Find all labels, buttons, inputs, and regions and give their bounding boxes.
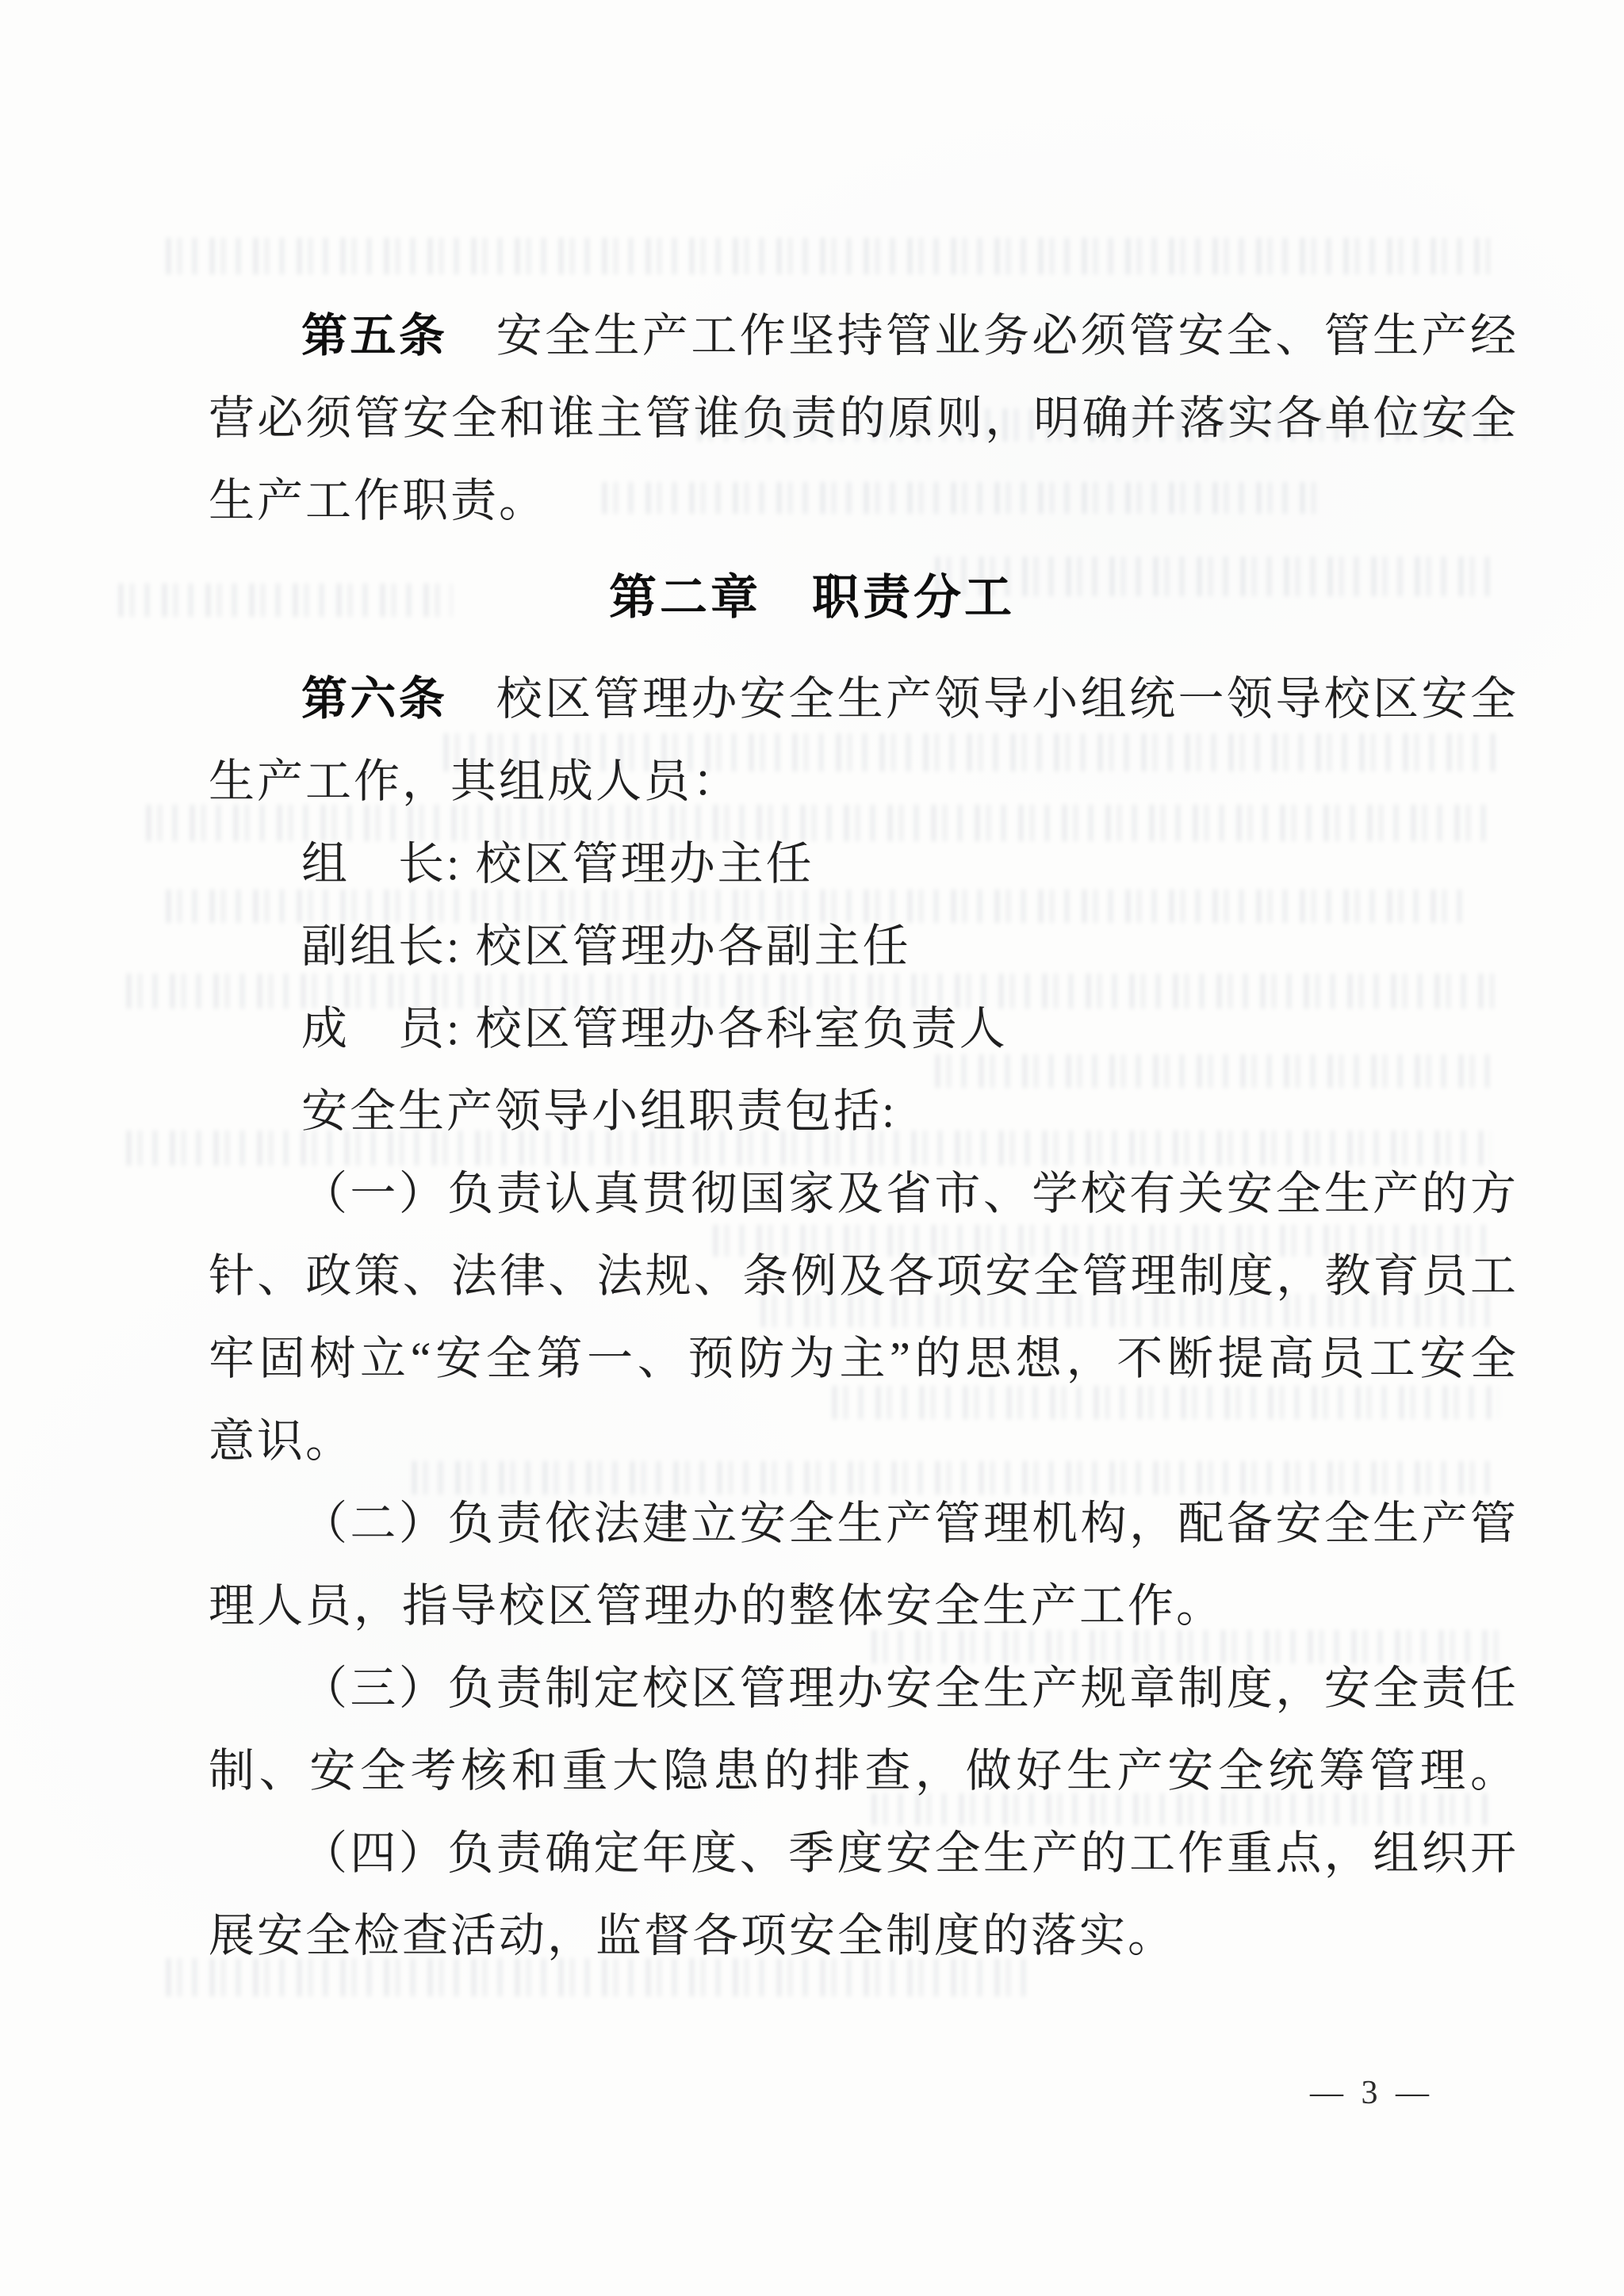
duty-1-line-3: 牢固树立“安全第一、预防为主”的思想，不断提高员工安全 (209, 1318, 1519, 1400)
article-5-term: 第五条 (301, 310, 447, 362)
duty-2-line-1: （二）负责依法建立安全生产管理机构，配备安全生产管 (209, 1483, 1519, 1565)
article-6-term: 第六条 (301, 673, 447, 725)
duty-1-line-4: 意识。 (209, 1400, 1519, 1483)
article-5-line-1: 第五条 安全生产工作坚持管业务必须管安全、管生产经 (209, 295, 1519, 377)
duty-3-line-2: 制、安全考核和重大隐患的排查，做好生产安全统筹管理。 (209, 1730, 1519, 1812)
article-5-text-1: 安全生产工作坚持管业务必须管安全、管生产经 (447, 310, 1519, 362)
duty-1-line-2: 针、政策、法律、法规、条例及各项安全管理制度，教育员工 (209, 1235, 1519, 1318)
article-6-line-2: 生产工作，其组成人员： (209, 740, 1519, 823)
duty-4-line-2: 展安全检查活动，监督各项安全制度的落实。 (209, 1895, 1519, 1977)
duty-2-line-2: 理人员，指导校区管理办的整体安全生产工作。 (209, 1565, 1519, 1647)
duty-4-line-1: （四）负责确定年度、季度安全生产的工作重点，组织开 (209, 1812, 1519, 1895)
roster-members: 成 员: 校区管理办各科室负责人 (209, 988, 1519, 1070)
document-body: 第五条 安全生产工作坚持管业务必须管安全、管生产经 营必须管安全和谁主管谁负责的… (0, 0, 1519, 1977)
chapter-2-heading: 第二章 职责分工 (0, 557, 1624, 639)
scanned-document-page: 第五条 安全生产工作坚持管业务必须管安全、管生产经 营必须管安全和谁主管谁负责的… (0, 0, 1624, 2296)
page-number: — 3 — (1310, 2074, 1434, 2112)
article-6-line-1: 第六条 校区管理办安全生产领导小组统一领导校区安全 (209, 658, 1519, 740)
article-5-line-2: 营必须管安全和谁主管谁负责的原则，明确并落实各单位安全 (209, 377, 1519, 460)
roster-deputy-leader: 副组长: 校区管理办各副主任 (209, 905, 1519, 988)
article-6-text-1: 校区管理办安全生产领导小组统一领导校区安全 (447, 673, 1519, 725)
article-5-line-3: 生产工作职责。 (209, 460, 1519, 542)
duty-3-line-1: （三）负责制定校区管理办安全生产规章制度，安全责任 (209, 1647, 1519, 1730)
roster-leader: 组 长: 校区管理办主任 (209, 823, 1519, 905)
duties-intro: 安全生产领导小组职责包括: (209, 1070, 1519, 1153)
duty-1-line-1: （一）负责认真贯彻国家及省市、学校有关安全生产的方 (209, 1153, 1519, 1235)
